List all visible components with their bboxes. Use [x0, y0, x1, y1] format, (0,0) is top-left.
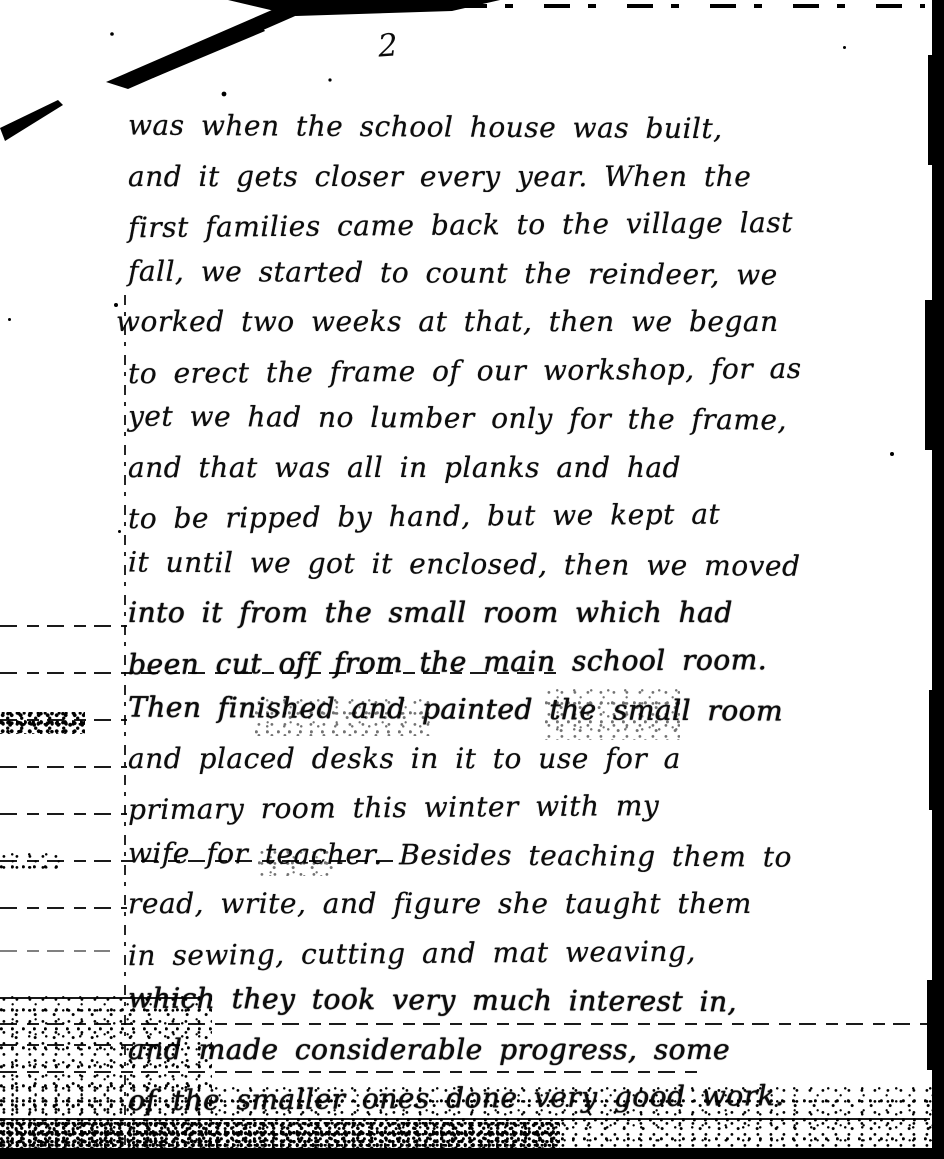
handwritten-line: it until we got it enclosed, then we mov…: [128, 538, 934, 591]
ink-dot: [8, 318, 11, 321]
handwritten-line: fall, we started to count the reindeer, …: [128, 247, 934, 300]
handwriting-block: was when the school house was built, and…: [128, 104, 934, 1123]
handwritten-line: of the smaller ones done very good work.: [128, 1071, 934, 1126]
scan-artifact-top-edge-line: [295, 4, 925, 8]
ruled-line-fragment: [0, 625, 127, 627]
ruled-line-fragment: [0, 719, 127, 721]
handwritten-line: worked two weeks at that, then we began: [116, 298, 934, 347]
ink-dot: [118, 530, 121, 533]
document-page: 2 was when the school house was built, a…: [0, 0, 944, 1159]
handwritten-line: wife for teacher. Besides teaching them …: [128, 829, 934, 882]
ink-dot: [843, 46, 846, 49]
scan-noise-bottom-dense: [0, 1122, 560, 1152]
scan-blot: [0, 712, 85, 734]
ruled-line-fragment: [0, 907, 127, 909]
handwritten-line: and placed desks in it to use for a: [128, 735, 934, 784]
ruled-line-fragment: [0, 813, 127, 815]
handwritten-line: which they took very much interest in,: [128, 975, 934, 1028]
page-number: 2: [377, 27, 399, 64]
handwritten-line: was when the school house was built,: [128, 102, 934, 155]
handwritten-line: in sewing, cutting and mat weaving,: [128, 925, 934, 980]
handwritten-line: to erect the frame of our workshop, for …: [128, 343, 934, 398]
handwritten-line: been cut off from the main school room.: [128, 634, 934, 689]
handwritten-line: and that was all in planks and had: [128, 444, 934, 493]
scan-blot: [0, 852, 60, 870]
handwritten-line: into it from the small room which had: [128, 589, 934, 638]
ruled-line-fragment: [0, 766, 127, 768]
ruled-margin-line: [124, 295, 126, 1159]
handwritten-line: first families came back to the village …: [128, 198, 934, 253]
ruled-line-fragment: [0, 950, 110, 952]
handwritten-line: read, write, and figure she taught them: [128, 880, 934, 929]
handwritten-line: Then finished and painted the small room: [128, 684, 934, 737]
handwritten-line: primary room this winter with my: [128, 780, 934, 835]
handwritten-line: and it gets closer every year. When the: [128, 153, 934, 202]
scan-artifact-bottom-bar: [0, 1148, 944, 1159]
handwritten-line: to be ripped by hand, but we kept at: [128, 489, 934, 544]
handwritten-line: yet we had no lumber only for the frame,: [128, 393, 934, 446]
handwritten-line: and made considerable progress, some: [128, 1026, 934, 1075]
